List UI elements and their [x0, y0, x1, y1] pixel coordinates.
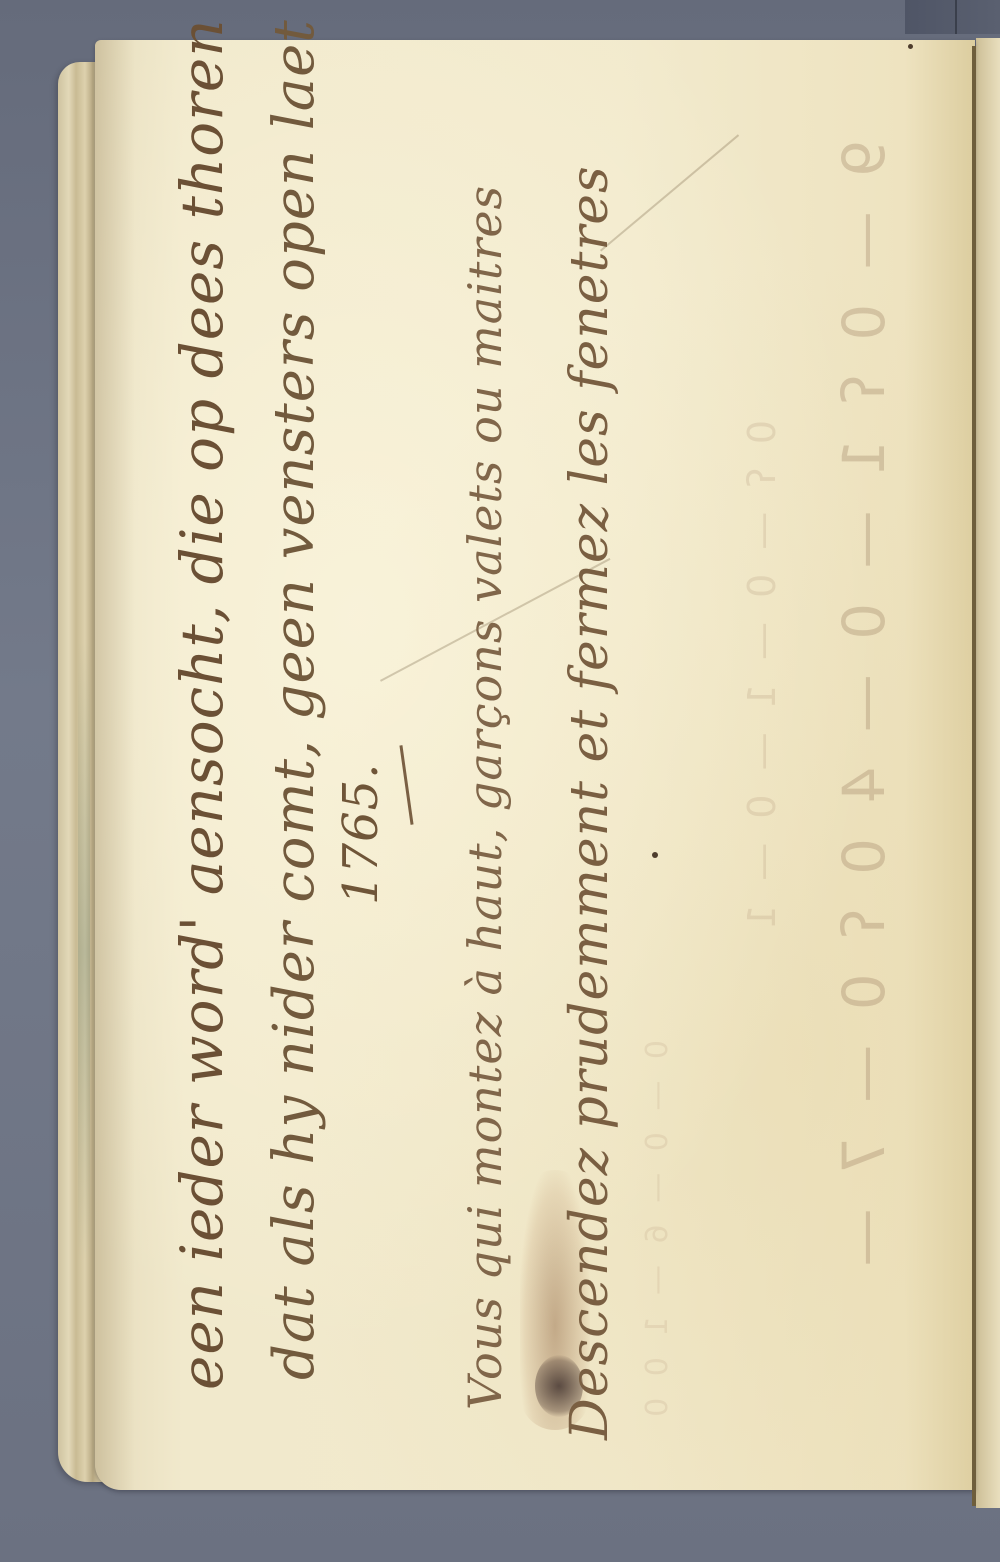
edge-discoloration: [78, 642, 90, 1262]
bleed-through-text: 9 — 0 ʕ 1 — 0 — 4 0 ʕ 0 — 7 —: [830, 140, 898, 1275]
bleed-through-text: 0 — 0 — 6 — 1 0 0: [640, 1040, 675, 1423]
background-seam: [955, 0, 957, 34]
bleed-through-text: 0 ʕ — 0 — 1 — 0 — 1: [740, 420, 784, 935]
manuscript-line-french-1: Vous qui montez à haut, garçons valets o…: [458, 185, 512, 1410]
manuscript-line-french-2: Descendez prudemment et fermez les fenet…: [560, 165, 620, 1440]
ink-speck: [908, 44, 913, 49]
background-strip: [905, 0, 1000, 34]
book-gutter: [972, 46, 976, 1506]
ink-speck: [652, 852, 658, 858]
manuscript-line-dutch-2: dat als hy nider comt, geen vensters ope…: [262, 19, 327, 1380]
photo-scene: 9 — 0 ʕ 1 — 0 — 4 0 ʕ 0 — 7 — 0 ʕ — 0 — …: [0, 0, 1000, 1562]
manuscript-line-dutch-1: een ieder word' aensocht, die op dees th…: [168, 0, 236, 1390]
manuscript-year: 1765.: [333, 763, 389, 905]
page-shading: [95, 40, 135, 1490]
facing-page-edge: [976, 38, 1000, 1508]
